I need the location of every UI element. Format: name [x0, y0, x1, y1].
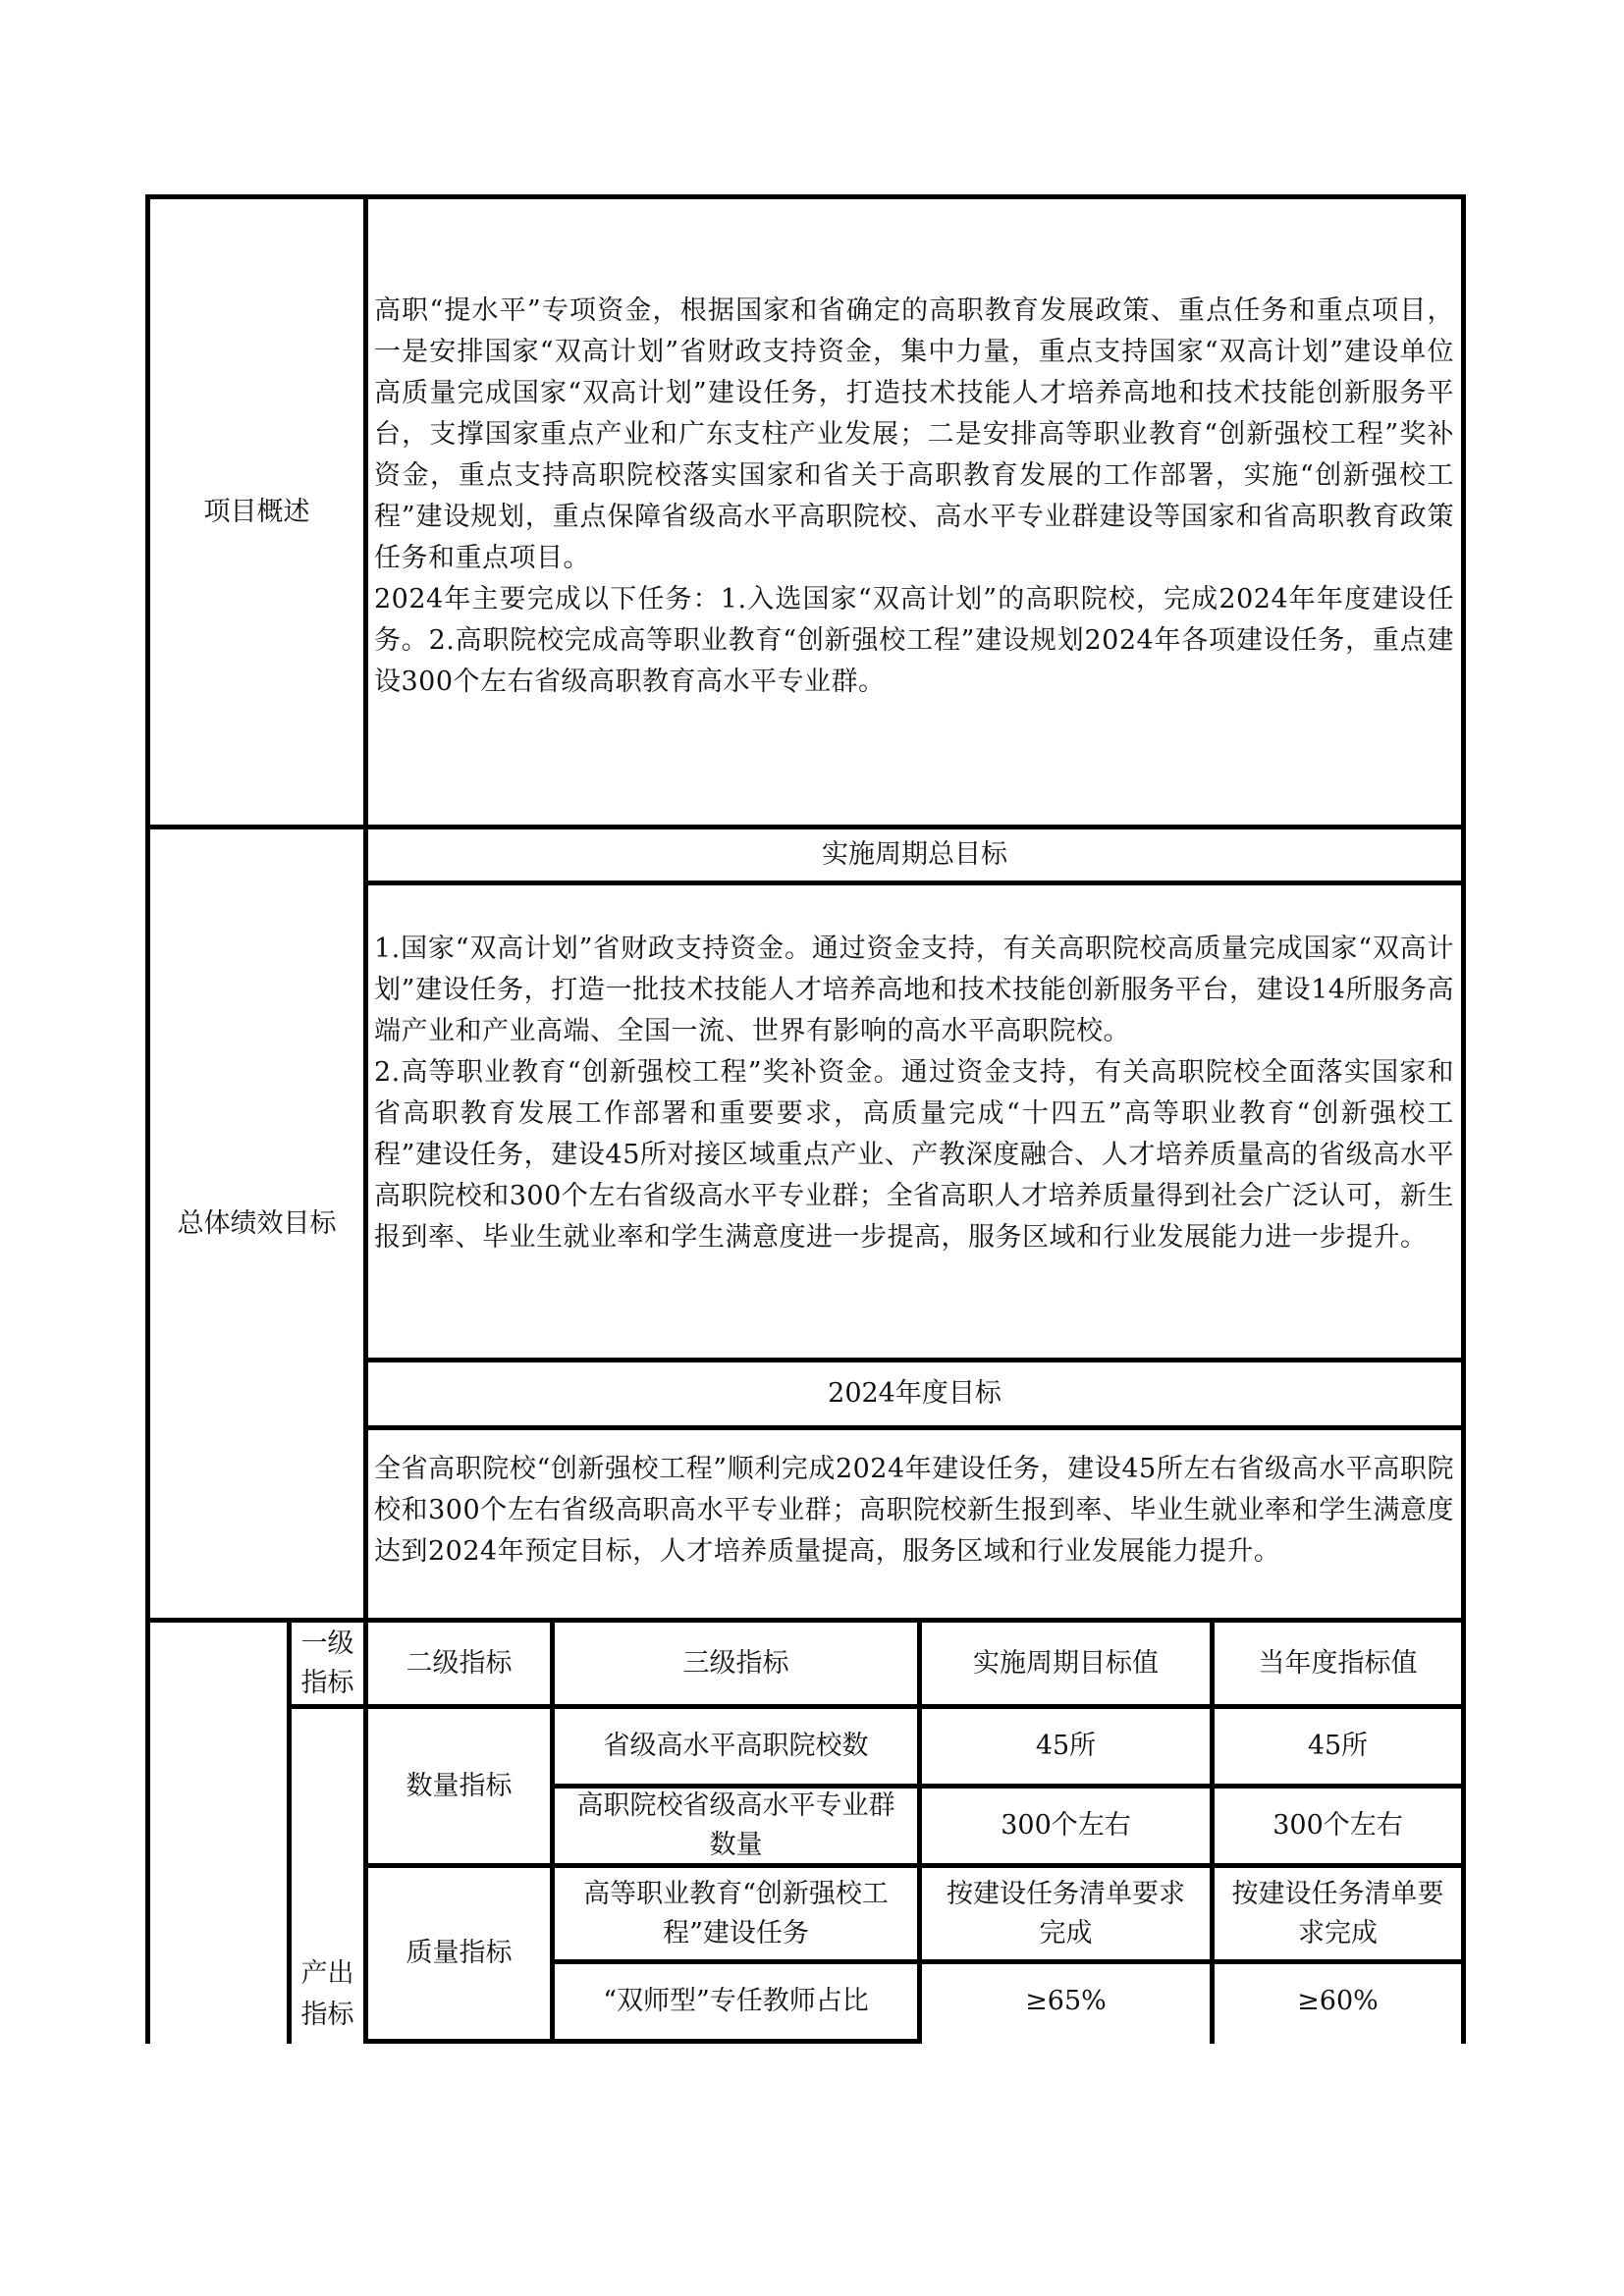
- overview-paragraph-1: 高职“提水平”专项资金，根据国家和省确定的高职教育发展政策、重点任务和重点项目，…: [374, 291, 1454, 579]
- annual-value-cell: 300个左右: [1215, 1789, 1461, 1863]
- header-level3-text: 三级指标: [683, 1644, 789, 1683]
- annual-value-text: 300个左右: [1272, 1806, 1403, 1845]
- period-value-cell: ≥65%: [922, 1964, 1210, 2039]
- table-right-border: [1461, 194, 1466, 2044]
- header-level1: 一级指标: [292, 1623, 363, 1704]
- period-value-cell: 按建设任务清单要求完成: [922, 1868, 1210, 1959]
- overview-label-cell: 项目概述: [150, 199, 363, 825]
- period-value-cell: 300个左右: [922, 1789, 1210, 1863]
- period-value-text: 按建设任务清单要求完成: [934, 1875, 1198, 1953]
- annual-header-bottom-border: [363, 1425, 1466, 1430]
- goals-label-cell: 总体绩效目标: [150, 829, 363, 1618]
- period-value-text: 45所: [1036, 1727, 1096, 1766]
- annual-value-cell: ≥60%: [1215, 1964, 1461, 2039]
- header-period-value-text: 实施周期目标值: [973, 1644, 1159, 1683]
- period-goal-2: 2.高等职业教育“创新强校工程”奖补资金。通过资金支持，有关高职院校全面落实国家…: [374, 1052, 1454, 1258]
- level3-text: 高职院校省级高水平专业群数量: [568, 1787, 903, 1865]
- level2-quantity-text: 数量指标: [406, 1767, 513, 1806]
- annual-value-text: ≥60%: [1297, 1982, 1379, 2021]
- period-value-text: ≥65%: [1025, 1982, 1107, 2021]
- overview-paragraph-2: 2024年主要完成以下任务：1.入选国家“双高计划”的高职院校，完成2024年年…: [374, 579, 1454, 703]
- header-annual-value: 当年度指标值: [1215, 1623, 1461, 1704]
- level1-output-text: 产出指标: [297, 1953, 359, 2042]
- annual-goal: 全省高职院校“创新强校工程”顺利完成2024年建设任务，建设45所左右省级高水平…: [374, 1449, 1454, 1573]
- annual-value-text: 45所: [1308, 1727, 1368, 1766]
- period-value-text: 300个左右: [1001, 1806, 1131, 1845]
- period-header-cell: 实施周期总目标: [368, 829, 1461, 881]
- level3-text: 省级高水平高职院校数: [604, 1727, 869, 1766]
- level3-text: “双师型”专任教师占比: [603, 1982, 869, 2021]
- period-value-cell: 45所: [922, 1709, 1210, 1784]
- annual-header-cell: 2024年度目标: [368, 1362, 1461, 1425]
- header-level2-text: 二级指标: [406, 1644, 513, 1683]
- level2-quantity-cell: 数量指标: [368, 1709, 550, 1863]
- period-goal-1: 1.国家“双高计划”省财政支持资金。通过资金支持，有关高职院校高质量完成国家“双…: [374, 929, 1454, 1052]
- overview-text: 高职“提水平”专项资金，根据国家和省确定的高职教育发展政策、重点任务和重点项目，…: [374, 291, 1454, 703]
- table-row: 高等职业教育“创新强校工程”建设任务: [555, 1868, 917, 1959]
- annual-value-cell: 45所: [1215, 1709, 1461, 1784]
- header-level3: 三级指标: [555, 1623, 917, 1704]
- quality-group-bottom: [363, 2039, 922, 2044]
- table-row: 高职院校省级高水平专业群数量: [555, 1789, 917, 1863]
- header-annual-value-text: 当年度指标值: [1259, 1644, 1418, 1683]
- annual-value-text: 按建设任务清单要求完成: [1226, 1875, 1449, 1953]
- annual-header: 2024年度目标: [828, 1374, 1001, 1414]
- period-goals-text: 1.国家“双高计划”省财政支持资金。通过资金支持，有关高职院校高质量完成国家“双…: [374, 929, 1454, 1258]
- level2-quality-text: 质量指标: [406, 1934, 513, 1973]
- level1-output-cell: 产出指标: [292, 1953, 363, 2042]
- overview-label: 项目概述: [204, 493, 310, 532]
- table-row: 省级高水平高职院校数: [555, 1709, 917, 1784]
- table-row: “双师型”专任教师占比: [555, 1964, 917, 2039]
- annual-value-cell: 按建设任务清单要求完成: [1215, 1868, 1461, 1959]
- period-header-bottom-border: [363, 881, 1466, 885]
- level3-text: 高等职业教育“创新强校工程”建设任务: [568, 1875, 903, 1953]
- header-level1-text: 一级指标: [297, 1625, 359, 1703]
- level2-quality-cell: 质量指标: [368, 1868, 550, 2039]
- header-period-value: 实施周期目标值: [922, 1623, 1210, 1704]
- annual-goal-text: 全省高职院校“创新强校工程”顺利完成2024年建设任务，建设45所左右省级高水平…: [374, 1449, 1454, 1573]
- period-header: 实施周期总目标: [822, 835, 1007, 875]
- header-level2: 二级指标: [368, 1623, 550, 1704]
- goals-label: 总体绩效目标: [178, 1204, 337, 1244]
